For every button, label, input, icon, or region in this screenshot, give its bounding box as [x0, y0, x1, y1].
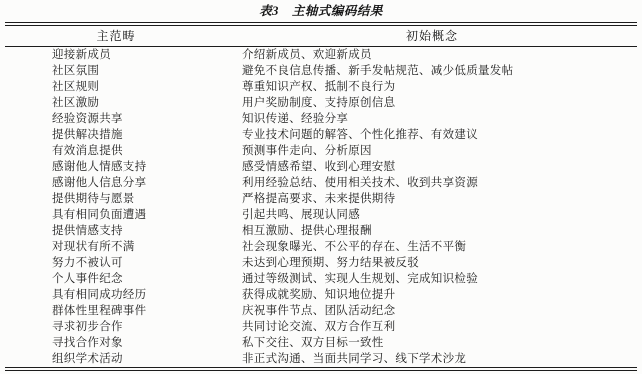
- initial-concepts-cell: 获得成就奖励、知识地位提升: [227, 287, 637, 303]
- table-row: 提供解决措施专业技术问题的解答、个性化推荐、有效建议: [5, 127, 637, 143]
- initial-concepts-cell: 避免不良信息传播、新手发帖规范、减少低质量发帖: [227, 63, 637, 79]
- table-row: 寻找合作对象私下交往、双方目标一致性: [5, 335, 637, 351]
- initial-concepts-cell: 共同讨论交流、双方合作互利: [227, 319, 637, 335]
- initial-concepts-cell: 感受情感希望、收到心理安慰: [227, 159, 637, 175]
- table-header-row: 主范畴 初始概念: [5, 24, 637, 47]
- table-row: 经验资源共享知识传递、经验分享: [5, 111, 637, 127]
- main-category-cell: 组织学术活动: [5, 351, 227, 369]
- initial-concepts-cell: 私下交往、双方目标一致性: [227, 335, 637, 351]
- table-row: 具有相同负面遭遇引起共鸣、展现认同感: [5, 207, 637, 223]
- paper-table-page: 表3 主轴式编码结果 主范畴 初始概念 迎接新成员介绍新成员、欢迎新成员社区氛围…: [0, 0, 642, 374]
- initial-concepts-cell: 社会现象曝光、不公平的存在、生活不平衡: [227, 239, 637, 255]
- table-row: 提供期待与愿景严格提高要求、未来提供期待: [5, 191, 637, 207]
- table-row: 群体性里程碑事件庆祝事件节点、团队活动纪念: [5, 303, 637, 319]
- table-body: 迎接新成员介绍新成员、欢迎新成员社区氛围避免不良信息传播、新手发帖规范、减少低质…: [5, 47, 637, 370]
- main-category-cell: 感谢他人情感支持: [5, 159, 227, 175]
- initial-concepts-cell: 利用经验总结、使用相关技术、收到共享资源: [227, 175, 637, 191]
- main-category-cell: 社区激励: [5, 95, 227, 111]
- table-row: 迎接新成员介绍新成员、欢迎新成员: [5, 47, 637, 64]
- table-row: 具有相同成功经历获得成就奖励、知识地位提升: [5, 287, 637, 303]
- table-row: 组织学术活动非正式沟通、当面共同学习、线下学术沙龙: [5, 351, 637, 369]
- main-category-cell: 对现状有所不满: [5, 239, 227, 255]
- initial-concepts-cell: 未达到心理预期、努力结果被反驳: [227, 255, 637, 271]
- main-category-cell: 迎接新成员: [5, 47, 227, 64]
- initial-concepts-cell: 介绍新成员、欢迎新成员: [227, 47, 637, 64]
- table-row: 有效消息提供预测事件走向、分析原因: [5, 143, 637, 159]
- initial-concepts-cell: 相互激励、提供心理报酬: [227, 223, 637, 239]
- table-row: 社区规则尊重知识产权、抵制不良行为: [5, 79, 637, 95]
- column-header-initial-concept: 初始概念: [227, 24, 637, 47]
- initial-concepts-cell: 专业技术问题的解答、个性化推荐、有效建议: [227, 127, 637, 143]
- main-category-cell: 具有相同成功经历: [5, 287, 227, 303]
- main-category-cell: 有效消息提供: [5, 143, 227, 159]
- table-row: 个人事件纪念通过等级测试、实现人生规划、完成知识检验: [5, 271, 637, 287]
- table-row: 对现状有所不满社会现象曝光、不公平的存在、生活不平衡: [5, 239, 637, 255]
- main-category-cell: 努力不被认可: [5, 255, 227, 271]
- table-row: 感谢他人信息分享利用经验总结、使用相关技术、收到共享资源: [5, 175, 637, 191]
- main-category-cell: 感谢他人信息分享: [5, 175, 227, 191]
- table-title: 表3 主轴式编码结果: [0, 3, 642, 20]
- table-row: 社区激励用户奖励制度、支持原创信息: [5, 95, 637, 111]
- initial-concepts-cell: 预测事件走向、分析原因: [227, 143, 637, 159]
- main-category-cell: 社区规则: [5, 79, 227, 95]
- table-row: 社区氛围避免不良信息传播、新手发帖规范、减少低质量发帖: [5, 63, 637, 79]
- initial-concepts-cell: 庆祝事件节点、团队活动纪念: [227, 303, 637, 319]
- initial-concepts-cell: 用户奖励制度、支持原创信息: [227, 95, 637, 111]
- initial-concepts-cell: 引起共鸣、展现认同感: [227, 207, 637, 223]
- axial-coding-table: 主范畴 初始概念 迎接新成员介绍新成员、欢迎新成员社区氛围避免不良信息传播、新手…: [5, 22, 637, 371]
- table-row: 努力不被认可未达到心理预期、努力结果被反驳: [5, 255, 637, 271]
- table-row: 寻求初步合作共同讨论交流、双方合作互利: [5, 319, 637, 335]
- main-category-cell: 提供期待与愿景: [5, 191, 227, 207]
- main-category-cell: 社区氛围: [5, 63, 227, 79]
- main-category-cell: 具有相同负面遭遇: [5, 207, 227, 223]
- table-row: 感谢他人情感支持感受情感希望、收到心理安慰: [5, 159, 637, 175]
- initial-concepts-cell: 知识传递、经验分享: [227, 111, 637, 127]
- main-category-cell: 个人事件纪念: [5, 271, 227, 287]
- initial-concepts-cell: 严格提高要求、未来提供期待: [227, 191, 637, 207]
- column-header-main-category: 主范畴: [5, 24, 227, 47]
- initial-concepts-cell: 尊重知识产权、抵制不良行为: [227, 79, 637, 95]
- main-category-cell: 寻求初步合作: [5, 319, 227, 335]
- initial-concepts-cell: 非正式沟通、当面共同学习、线下学术沙龙: [227, 351, 637, 369]
- main-category-cell: 提供解决措施: [5, 127, 227, 143]
- main-category-cell: 提供情感支持: [5, 223, 227, 239]
- initial-concepts-cell: 通过等级测试、实现人生规划、完成知识检验: [227, 271, 637, 287]
- main-category-cell: 群体性里程碑事件: [5, 303, 227, 319]
- main-category-cell: 寻找合作对象: [5, 335, 227, 351]
- main-category-cell: 经验资源共享: [5, 111, 227, 127]
- table-row: 提供情感支持相互激励、提供心理报酬: [5, 223, 637, 239]
